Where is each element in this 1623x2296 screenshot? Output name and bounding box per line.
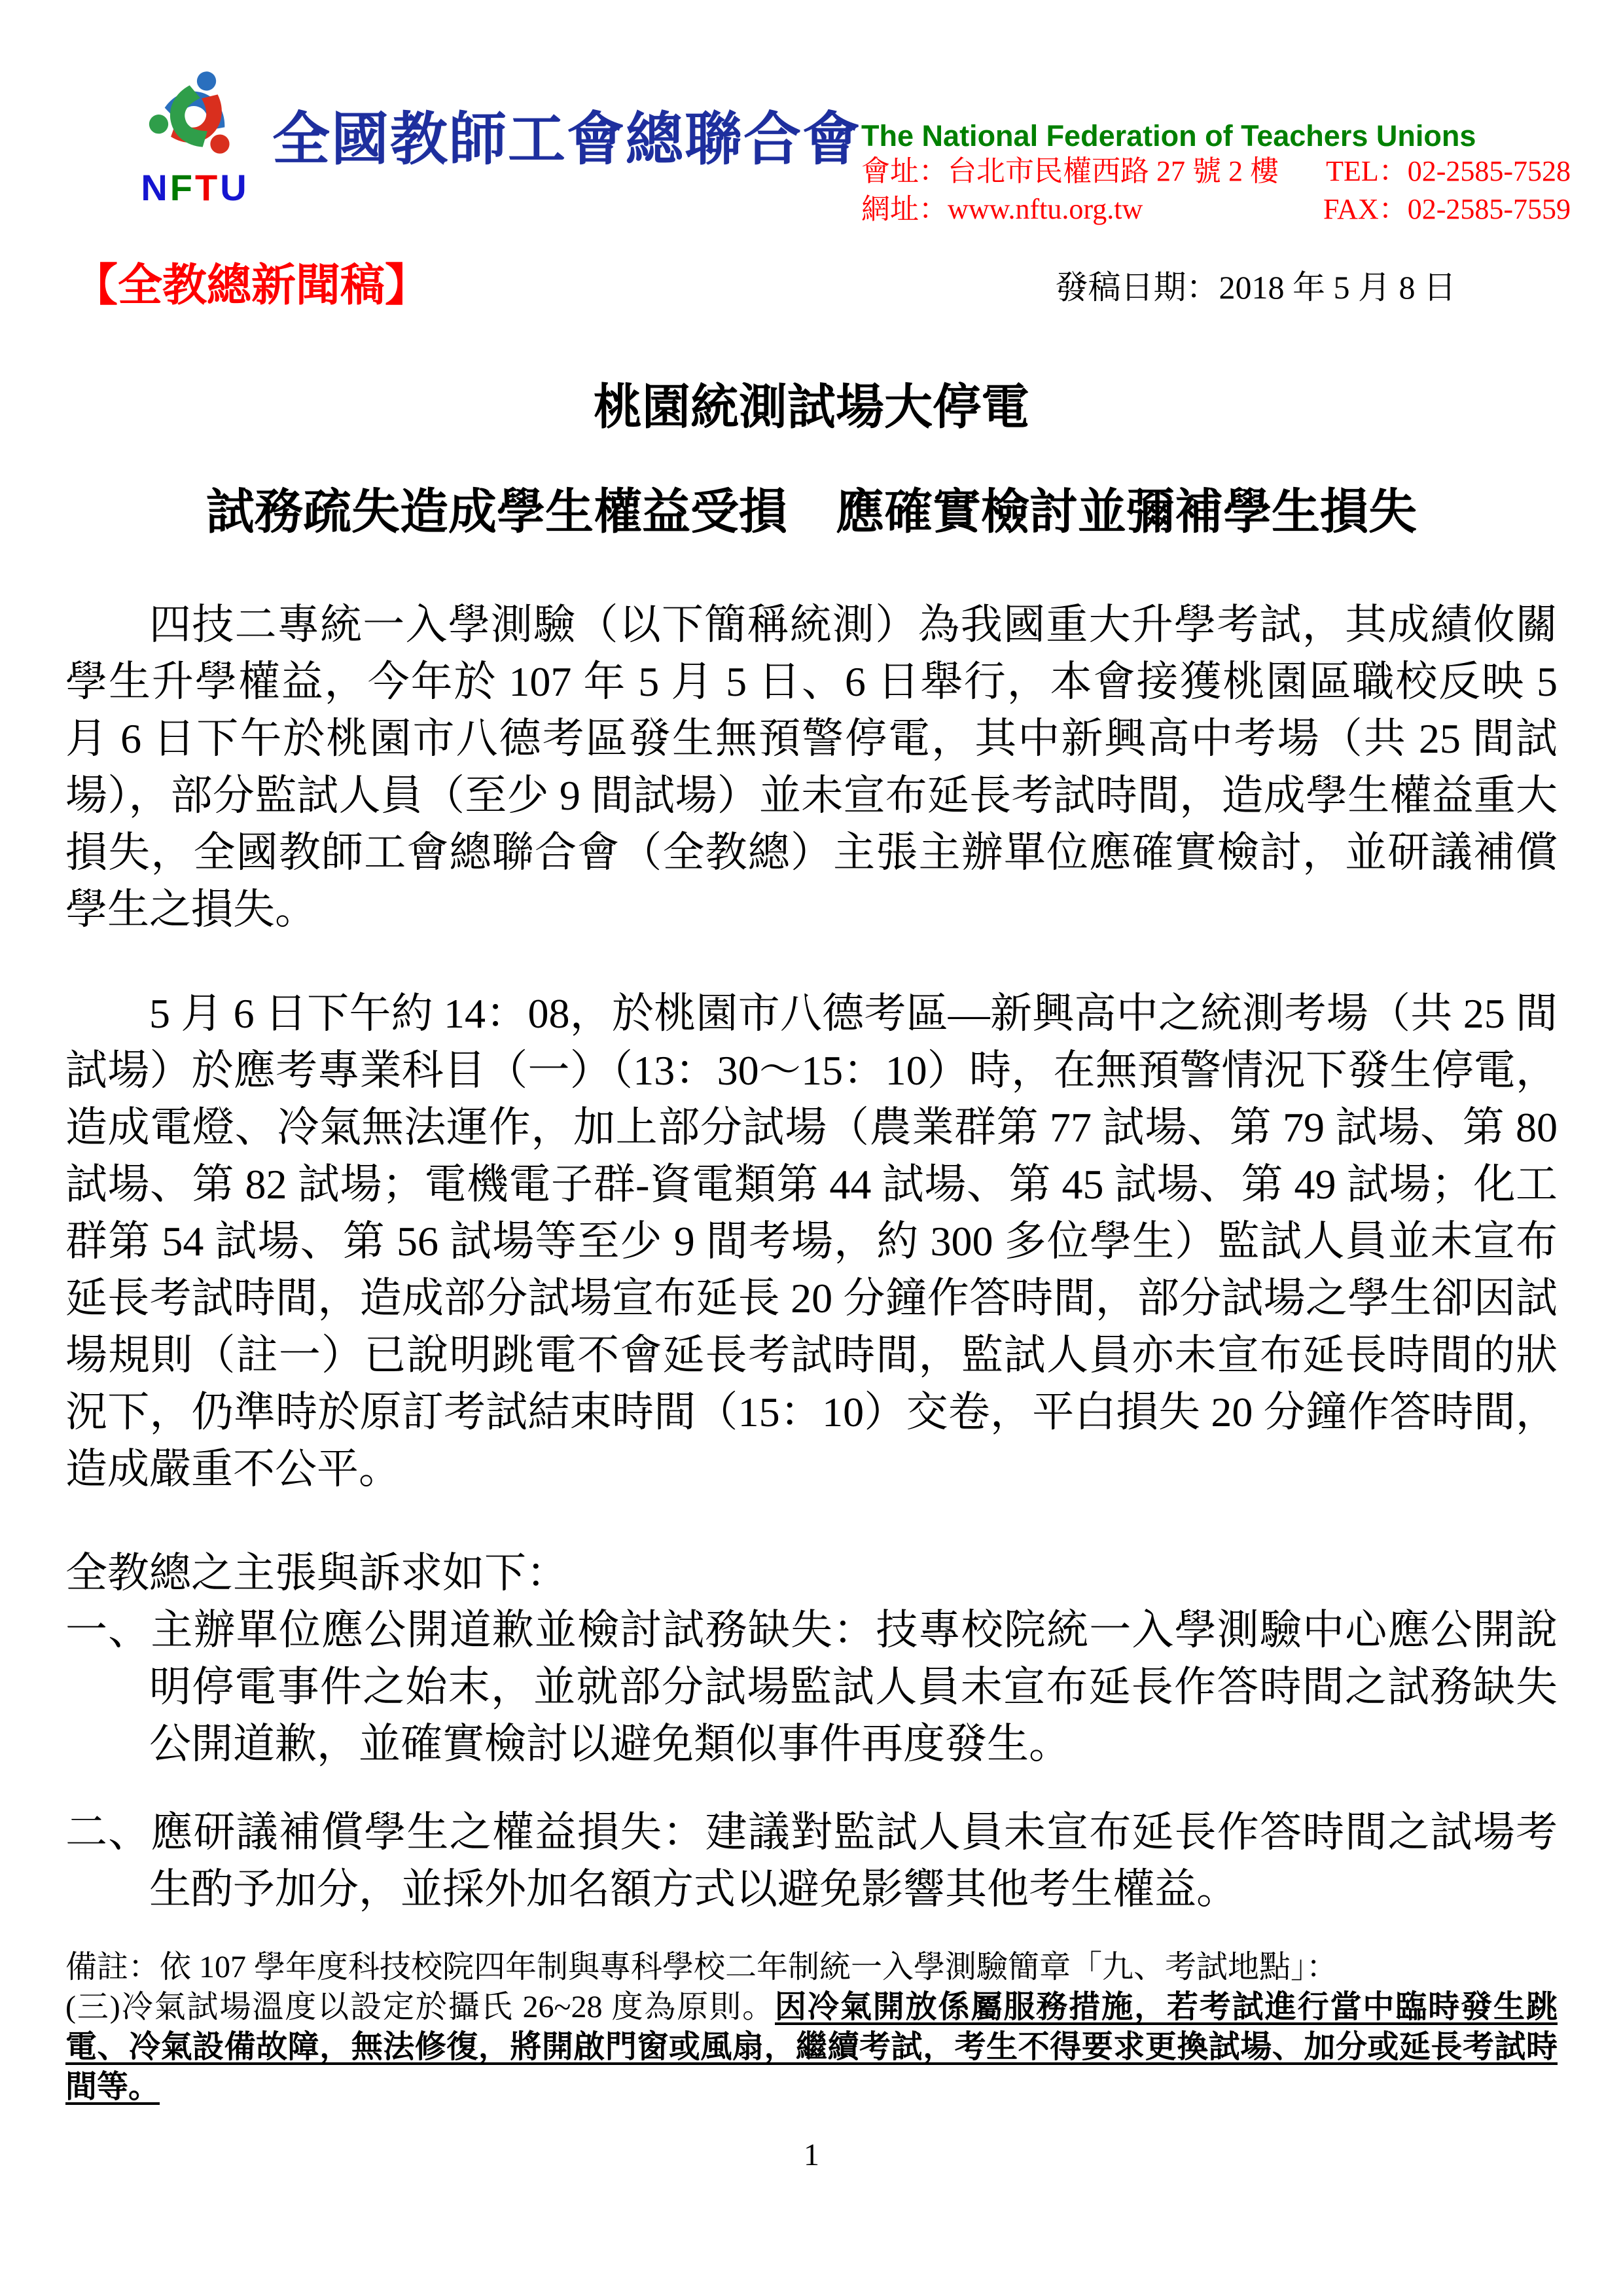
footnote-regular-text: (三)冷氣試場溫度以設定於攝氏 26~28 度為原則。: [65, 1990, 775, 2024]
page-number: 1: [0, 2137, 1623, 2173]
demand-item-1: 一、主辦單位應公開道歉並檢討試務缺失：技專校院統一入學測驗中心應公開說明停電事件…: [65, 1602, 1558, 1772]
document-subtitle: 試務疏失造成學生權益受損 應確實檢討並彌補學生損失: [0, 473, 1623, 543]
document-body: 四技二專統一入學測驗（以下簡稱統測）為我國重大升學考試，其成績攸關學生升學權益，…: [0, 596, 1623, 2108]
footnote: 備註：依 107 學年度科技校院四年制與專科學校二年制統一入學測驗簡章「九、考試…: [65, 1948, 1558, 2108]
header: NFTU 全國教師工會總聯合會 The National Federation …: [0, 0, 1623, 228]
footnote-line-1: 備註：依 107 學年度科技校院四年制與專科學校二年制統一入學測驗簡章「九、考試…: [65, 1948, 1558, 1988]
acronym-letter-t: T: [195, 167, 220, 208]
release-date: 發稿日期：2018 年 5 月 8 日: [1056, 268, 1457, 311]
contact-row-2: 網址：www.nftu.org.tw FAX：02-2585-7559: [861, 190, 1571, 228]
tel-text: TEL：02-2585-7528: [1326, 152, 1571, 190]
org-name-chinese: 全國教師工會總聯合會: [272, 94, 861, 176]
nftu-logo: NFTU: [137, 56, 253, 206]
body-paragraph-1: 四技二專統一入學測驗（以下簡稱統測）為我國重大升學考試，其成績攸關學生升學權益，…: [65, 596, 1558, 938]
org-name-english: The National Federation of Teachers Unio…: [861, 120, 1571, 152]
fax-text: FAX：02-2585-7559: [1323, 190, 1571, 228]
contact-row-1: 會址：台北市民權西路 27 號 2 樓 TEL：02-2585-7528: [861, 152, 1571, 190]
acronym-letter-u: U: [220, 167, 249, 208]
document-title: 桃園統測試場大停電: [0, 368, 1623, 438]
footnote-line-2: (三)冷氣試場溫度以設定於攝氏 26~28 度為原則。因冷氣開放係屬服務措施，若…: [65, 1988, 1558, 2108]
meta-row: 【全教總新聞稿】 發稿日期：2018 年 5 月 8 日: [0, 260, 1623, 311]
press-release-page: NFTU 全國教師工會總聯合會 The National Federation …: [0, 0, 1623, 2296]
acronym-letter-f: F: [170, 167, 195, 208]
demand-item-2: 二、應研議補償學生之權益損失：建議對監試人員未宣布延長作答時間之試場考生酌予加分…: [65, 1804, 1558, 1918]
body-paragraph-2: 5 月 6 日下午約 14：08，於桃園市八德考區—新興高中之統測考場（共 25…: [65, 985, 1558, 1498]
acronym-letter-n: N: [141, 167, 169, 208]
website-text: 網址：www.nftu.org.tw: [861, 190, 1143, 228]
demands-intro: 全教總之主張與訴求如下：: [65, 1545, 1558, 1602]
header-contact-block: The National Federation of Teachers Unio…: [861, 120, 1571, 228]
nftu-logo-icon: [139, 56, 251, 168]
press-release-banner: 【全教總新聞稿】: [73, 260, 429, 311]
nftu-acronym: NFTU: [141, 170, 249, 206]
address-text: 會址：台北市民權西路 27 號 2 樓: [861, 152, 1279, 190]
